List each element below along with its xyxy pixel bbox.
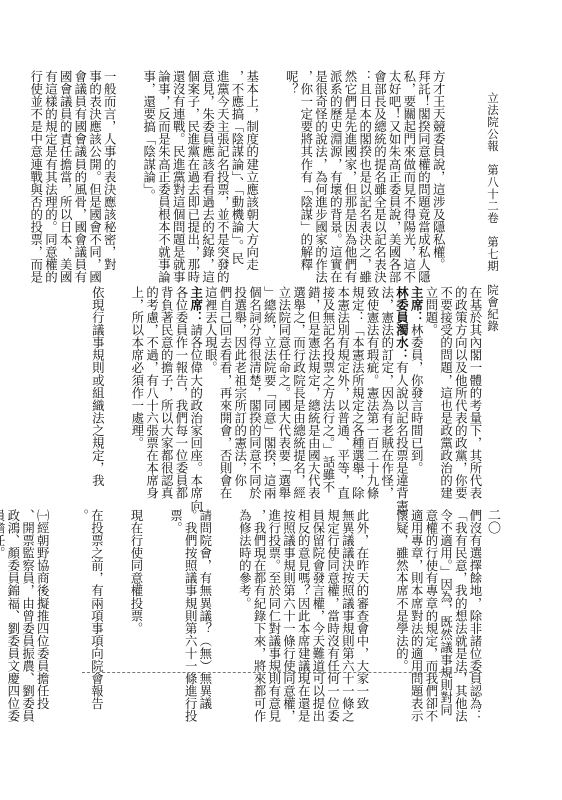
column-text: 請問院會，有無異議？（無）無異議 <box>198 509 213 710</box>
text-column: 員保留院會發言權，今天難道可以提出 <box>310 509 325 669</box>
speaker-label: 主席： <box>189 286 204 324</box>
text-column: 一般而言，人事的表決應該秘密，對 <box>102 70 142 278</box>
text-column: 私，要關起門來做而見不得陽光，這不 <box>401 70 416 278</box>
column-text: 立問題。 <box>424 286 439 336</box>
column-text: 致使憲法有瑕疵。憲法第一百二十九條 <box>365 286 380 499</box>
text-column: 立問題。 <box>423 286 438 498</box>
column-text: 「我有民意，我的想法就是法，其他法 <box>453 509 468 722</box>
column-text: 票。 <box>168 509 183 534</box>
column-text: 會議員有國會議員的風骨，國會議員有 <box>73 70 88 283</box>
text-column: ㈠經朝野協商後擬推四位委員擔任投 <box>35 509 75 669</box>
column-text: 太好吧！又如朱高正委員說，美國各部 <box>387 70 402 283</box>
column-text: 一般而言，人事的表決應該秘密，對 <box>102 70 117 271</box>
text-column: 投選舉，因此老祖宗所訂的憲法，你 <box>232 286 247 498</box>
text-column: 有這樣的規定是有其法理的。同意權的 <box>43 70 58 278</box>
text-column: 國會議員的責任擔當，所以日本、美國 <box>57 70 72 278</box>
column-text: 規定行使同意權，當時沒有任何一位委 <box>326 509 341 722</box>
text-column: 」總統，立法院要「同意」閣揆，這兩 <box>261 286 276 498</box>
column-text: 規定：「本憲法所規定之各種選舉，除 <box>350 286 365 499</box>
column-text: 們自己回去看看，再來開會，否則會在 <box>218 286 233 499</box>
text-column: 相反的意見嗎？因此本席建議現在還是 <box>295 509 310 669</box>
column-text: 還沒有連戰。民進黨對這個問題是就事 <box>171 70 186 283</box>
text-column: 個名詞分得很清楚，閣揆的同意不同於 <box>247 286 262 498</box>
publication-title: 立法院公報 <box>486 92 500 152</box>
column-text: 個案子，民進黨在過去即已提出，那時 <box>186 70 201 283</box>
column-text: 請各位偉大的政治家回座。本席向 <box>189 324 204 512</box>
column-text: 。 <box>75 509 90 522</box>
text-column: 會議員有國會議員的風骨，國會議員有 <box>72 70 87 278</box>
column-text: 在基於其內閣一體的考量下，其所代表 <box>468 286 483 499</box>
text-column: 。 <box>74 509 89 669</box>
text-column: 現在行使同意權投票。 <box>128 509 168 669</box>
column-text: 的考慮，不過，有八十六張票在本席身 <box>145 286 160 499</box>
text-column: 基本上，制度的建立應該朝大方向走 <box>244 70 284 278</box>
column-text: 令不適用。」因為，既然議事規則對同 <box>439 509 454 716</box>
column-text: 現在行使同意權投票。 <box>129 509 144 635</box>
column-text: 意權的行使有專章的規定，而我們卻不 <box>424 509 439 722</box>
column-text: 本憲法別有規定外，以普通、平等，直 <box>336 286 351 499</box>
column-text: 員保留院會發言權，今天難道可以提出 <box>311 509 326 722</box>
speaker-label: 林委員濁水： <box>394 286 409 361</box>
text-column: 林委員濁水：有人說以記名投票是違背憲 <box>394 286 409 498</box>
text-column: 無異議議決按照議事規則第六十一條之 <box>340 509 355 669</box>
text-column: 背負著民意的擔子，所以大家都很認真 <box>159 286 174 498</box>
column-text: 有人說以記名投票是違背憲 <box>394 361 409 512</box>
column-text: 員擔任。 <box>0 509 6 559</box>
column-text: 林委員，你發言時間已到。 <box>409 324 424 475</box>
text-column: 票。 <box>168 509 183 669</box>
text-column: 「我有民意，我的想法就是法，其他法 <box>453 509 468 669</box>
text-column: 不要接受的問題，這也是政黨政治的建 <box>438 286 453 498</box>
text-column: 規定行使同意權，當時沒有任何一位委 <box>325 509 340 669</box>
text-column: 方才王天競委員說，這涉及隱私權。 <box>431 70 471 278</box>
column-text: 投選舉，因此老祖宗所訂的憲法，你 <box>233 286 248 487</box>
text-tier-3: 們沒有選擇餘地，除非諸位委員認為：「我有民意，我的想法就是法，其他法令不適用。」… <box>90 509 482 669</box>
section-divider <box>82 672 482 673</box>
column-text: 是很奇怪的說法，為何進步國家的作法 <box>314 70 329 283</box>
column-text: 不要接受的問題，這也是政黨政治的建 <box>439 286 454 499</box>
column-text: 背負著民意的擔子，所以大家都很認真 <box>159 286 174 499</box>
text-column: 拜託！閣揆同意權的問題竟當成私人隱 <box>416 70 431 278</box>
text-column: 按照議事規則第六十一條行使同意權， <box>281 509 296 669</box>
text-column: 此外，在昨天的審查會中，大家一致 <box>354 509 394 669</box>
text-column: 法，憲法的訂定，因為有老賊在作怪， <box>379 286 394 498</box>
text-column: 會部長及總統的提名雖全是以記名表決 <box>372 70 387 278</box>
text-column: 主席：請各位偉大的政治家回座。本席向 <box>188 286 203 498</box>
column-text: 上，所以本席必須作一處理。 <box>130 286 145 449</box>
column-text: 拜託！閣揆同意權的問題竟當成私人隱 <box>417 70 432 283</box>
text-column: 令不適用。」因為，既然議事規則對同 <box>438 509 453 669</box>
column-text: 會部長及總統的提名雖全是以記名表決 <box>372 70 387 283</box>
text-column: 進行投票。至於同仁對議事規則有意見 <box>266 509 281 669</box>
text-column: 的政策方向以及他所代表的政黨，你要 <box>453 286 468 498</box>
column-text: 。我們按照議事規則第六十一條進行投 <box>183 509 198 722</box>
text-column: 行使並不是中意連戰與否的投票，而是 <box>28 70 43 278</box>
column-text: 論事，反而是朱高正委員根本不就事論 <box>156 70 171 283</box>
column-text: 無異議議決按照議事規則第六十一條之 <box>340 509 355 722</box>
column-text: 懷疑，雖然本席不是學法的。 <box>394 509 409 672</box>
column-text: 事，還要搞「陰謀論」。 <box>142 70 157 202</box>
speaker-label: 主席： <box>409 286 424 324</box>
text-column: 主席：林委員，你發言時間已到。 <box>408 286 423 498</box>
text-column: 派系的歷史淵源，有壞的背景。這實在 <box>328 70 343 278</box>
text-column: 、開票監察員，由曾委員振農、劉委員 <box>20 509 35 669</box>
column-text: 呢？ <box>284 70 299 95</box>
text-column: 事，還要搞「陰謀論」。 <box>141 70 156 278</box>
column-text: 立法院同意任命之。國大代表要「選舉 <box>277 286 292 499</box>
column-text: 」總統，立法院要「同意」閣揆，這兩 <box>262 286 277 499</box>
text-column: 們自己回去看看，再來開會，否則會在 <box>217 286 232 498</box>
column-text: 行使並不是中意連戰與否的投票，而是 <box>29 70 44 283</box>
column-text: ，不應搞「陰謀論」、「動機論」。民 <box>230 70 245 265</box>
section-label: 院會紀錄 <box>486 284 500 332</box>
text-column: 進黨今天主張記名投票，並不是突發的 <box>215 70 230 278</box>
text-column: 請問院會，有無異議？（無）無異議 <box>197 509 237 669</box>
text-column: 錯，但是憲法規定，總統是由國大代表 <box>306 286 321 498</box>
column-text: 派系的歷史淵源，有壞的背景。這實在 <box>328 70 343 283</box>
column-text: 接及無記名投票之方法行之。」話雖不 <box>321 286 336 493</box>
text-column: 選舉之，而行政院長是由總統提名，經 <box>291 286 306 498</box>
text-column: 呢？ <box>283 70 298 278</box>
column-text: 在投票之前，有兩項事項向院會報告 <box>89 509 104 710</box>
column-text: 政鴻、顏委員錦福、劉委員文慶四位委 <box>6 509 21 722</box>
issue-label: 第七期 <box>486 236 500 272</box>
text-column: 接及無記名投票之方法行之。」話雖不 <box>320 286 335 498</box>
text-column: 意權的行使有專章的規定，而我們卻不 <box>423 509 438 669</box>
column-text: ，我們現在都有紀錄下來，將來都可作 <box>252 509 267 722</box>
volume-label: 第八十二卷 <box>486 164 500 224</box>
column-text: 為修法時的參考。 <box>237 509 252 609</box>
column-text: 此外，在昨天的審查會中，大家一致 <box>355 509 370 710</box>
text-tier-1: 方才王天競委員說，這涉及隱私權。拜託！閣揆同意權的問題竟當成私人隱私，要關起門來… <box>72 70 470 278</box>
text-column: 意見，朱委員應該看看過去的紀錄，這 <box>200 70 215 278</box>
column-text: 然它們是先進國家，但那是因為他們有 <box>343 70 358 283</box>
text-column: 是很奇怪的說法，為何進步國家的作法 <box>313 70 328 278</box>
column-text: 選舉之，而行政院長是由總統提名，經 <box>292 286 307 499</box>
text-column: 政鴻、顏委員錦福、劉委員文慶四位委 <box>5 509 20 669</box>
column-text: 進行投票。至於同仁對議事規則有意見 <box>267 509 282 722</box>
text-column: 致使憲法有瑕疵。憲法第一百二十九條 <box>364 286 379 498</box>
text-column: 這裡丟人現眼。 <box>203 286 218 498</box>
column-text: 各位委員作一報告，我們每一位委員都 <box>174 286 189 499</box>
column-text: 適用專章，則本席對法的適用問題表示 <box>409 509 424 722</box>
text-tier-2: 在基於其內閣一體的考量下，其所代表的政策方向以及他所代表的政黨，你要不要接受的問… <box>72 286 482 498</box>
text-column: 懷疑，雖然本席不是學法的。 <box>394 509 409 669</box>
text-column: 立法院同意任命之。國大代表要「選舉 <box>276 286 291 498</box>
text-column: 事的表決應該公開。但是國會不同，國 <box>87 70 102 278</box>
text-column: 。我們按照議事規則第六十一條進行投 <box>182 509 197 669</box>
text-column: 還沒有連戰。民進黨對這個問題是就事 <box>170 70 185 278</box>
text-column: 規定：「本憲法所規定之各種選舉，除 <box>350 286 365 498</box>
column-text: 事的表決應該公開。但是國會不同，國 <box>88 70 103 283</box>
column-text: 個名詞分得很清楚，閣揆的同意不同於 <box>247 286 262 499</box>
text-column: 個案子，民進黨在過去即已提出，那時 <box>185 70 200 278</box>
text-column: 的考慮，不過，有八十六張票在本席身 <box>144 286 159 498</box>
column-text: ：且日本的閣揆也是以記名表決之，雖 <box>358 70 373 283</box>
text-column: 適用專章，則本席對法的適用問題表示 <box>408 509 423 669</box>
text-column: ，你一定要將其作有「陰謀」的解釋 <box>298 70 313 278</box>
column-text: ，你一定要將其作有「陰謀」的解釋 <box>299 70 314 271</box>
column-text: 基本上，制度的建立應該朝大方向走 <box>245 70 260 271</box>
column-text: 國會議員的責任擔當，所以日本、美國 <box>58 70 73 283</box>
column-text: 按照議事規則第六十一條行使同意權， <box>281 509 296 722</box>
running-header: 立法院公報 第八十二卷 第七期 院會紀錄 <box>486 92 500 272</box>
column-text: 有這樣的規定是有其法理的。同意權的 <box>43 70 58 283</box>
text-column: 太好吧！又如朱高正委員說，美國各部 <box>386 70 401 278</box>
text-column: 為修法時的參考。 <box>237 509 252 669</box>
text-column: 然它們是先進國家，但那是因為他們有 <box>342 70 357 278</box>
column-text: 依現行議事規則或組織法之規定，我 <box>90 286 105 487</box>
text-column: 本憲法別有規定外，以普通、平等，直 <box>335 286 350 498</box>
text-column: ：且日本的閣揆也是以記名表決之，雖 <box>357 70 372 278</box>
column-text: 相反的意見嗎？因此本席建議現在還是 <box>296 509 311 722</box>
column-text: 錯，但是憲法規定，總統是由國大代表 <box>306 286 321 499</box>
text-column: 各位委員作一報告，我們每一位委員都 <box>173 286 188 498</box>
column-text: 、開票監察員，由曾委員振農、劉委員 <box>21 509 36 722</box>
text-column: ，我們現在都有紀錄下來，將來都可作 <box>251 509 266 669</box>
column-text: 意見，朱委員應該看看過去的紀錄，這 <box>201 70 216 283</box>
column-text: 進黨今天主張記名投票，並不是突發的 <box>215 70 230 283</box>
text-column: 依現行議事規則或組織法之規定，我 <box>90 286 130 498</box>
text-column: 們沒有選擇餘地，除非諸位委員認為： <box>467 509 482 669</box>
column-text: ㈠經朝野協商後擬推四位委員擔任投 <box>35 509 50 710</box>
gazette-page: 立法院公報 第八十二卷 第七期 院會紀錄 二〇 方才王天競委員說，這涉及隱私權。… <box>0 0 562 800</box>
column-text: 法，憲法的訂定，因為有老賊在作怪， <box>380 286 395 499</box>
text-column: 在基於其內閣一體的考量下，其所代表 <box>467 286 482 498</box>
column-text: 的政策方向以及他所代表的政黨，你要 <box>453 286 468 499</box>
text-column: 在投票之前，有兩項事項向院會報告 <box>89 509 129 669</box>
column-text: 私，要關起門來做而見不得陽光，這不 <box>402 70 417 283</box>
text-column: ，不應搞「陰謀論」、「動機論」。民 <box>229 70 244 278</box>
text-column: 上，所以本席必須作一處理。 <box>129 286 144 498</box>
column-text: 方才王天競委員說，這涉及隱私權。 <box>431 70 446 271</box>
page-number: 二〇 <box>485 508 499 534</box>
column-text: 們沒有選擇餘地，除非諸位委員認為： <box>468 509 483 722</box>
text-column: 論事，反而是朱高正委員根本不就事論 <box>156 70 171 278</box>
column-text: 這裡丟人現眼。 <box>203 286 218 374</box>
